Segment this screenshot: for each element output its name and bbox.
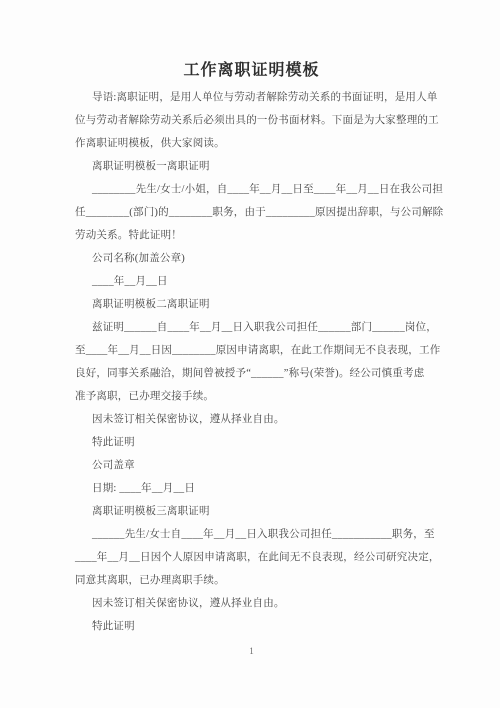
template2-line-3: 良好，同事关系融洽，期间曾被授予“______”称号(荣誉)。经公司慎重考虑 — [75, 362, 428, 385]
intro-line-2: 位与劳动者解除劳动关系后必须出具的一份书面材料。下面是为大家整理的工 — [75, 109, 428, 132]
template3-line-3: 同意其离职，已办理离职手续。 — [75, 569, 428, 592]
template1-line-3: 劳动关系。特此证明！ — [75, 224, 428, 247]
template1-company: 公司名称(加盖公章) — [75, 247, 428, 270]
template2-date: 日期: ____年__月__日 — [75, 477, 428, 500]
intro-line-3: 作离职证明模板，供大家阅读。 — [75, 132, 428, 155]
template1-heading: 离职证明模板一离职证明 — [75, 155, 428, 178]
template1-line-1: ________先生/女士/小姐，自____年__月__日至____年__月__… — [75, 178, 428, 201]
template2-heading: 离职证明模板二离职证明 — [75, 293, 428, 316]
template2-line-2: 至____年__月__日因________原因申请离职，在此工作期间无不良表现，… — [75, 339, 428, 362]
document-page: 工作离职证明模板 导语:离职证明，是用人单位与劳动者解除劳动关系的书面证明，是用… — [0, 0, 500, 708]
template3-line-2: ____年__月__日因个人原因申请离职，在此间无不良表现，经公司研究决定， — [75, 546, 428, 569]
template2-line-1: 兹证明______自____年__月__日入职我公司担任______部门____… — [75, 316, 428, 339]
template2-privacy: 因未签订相关保密协议，遵从择业自由。 — [75, 408, 428, 431]
page-number: 1 — [75, 640, 428, 663]
document-content: 工作离职证明模板 导语:离职证明，是用人单位与劳动者解除劳动关系的书面证明，是用… — [0, 0, 500, 663]
template3-line-1: ______先生/女士自____年__月__日入职我公司担任__________… — [75, 523, 428, 546]
template3-privacy: 因未签订相关保密协议，遵从择业自由。 — [75, 592, 428, 615]
template1-date: ____年__月__日 — [75, 270, 428, 293]
template1-line-2: 任________(部门)的________职务，由于_________原因提出… — [75, 201, 428, 224]
template2-certify: 特此证明 — [75, 431, 428, 454]
intro-line-1: 导语:离职证明，是用人单位与劳动者解除劳动关系的书面证明，是用人单 — [75, 86, 428, 109]
template3-certify: 特此证明 — [75, 615, 428, 638]
document-title: 工作离职证明模板 — [75, 59, 428, 83]
template3-heading: 离职证明模板三离职证明 — [75, 500, 428, 523]
template2-line-4: 准予离职，已办理交接手续。 — [75, 385, 428, 408]
template2-seal: 公司盖章 — [75, 454, 428, 477]
